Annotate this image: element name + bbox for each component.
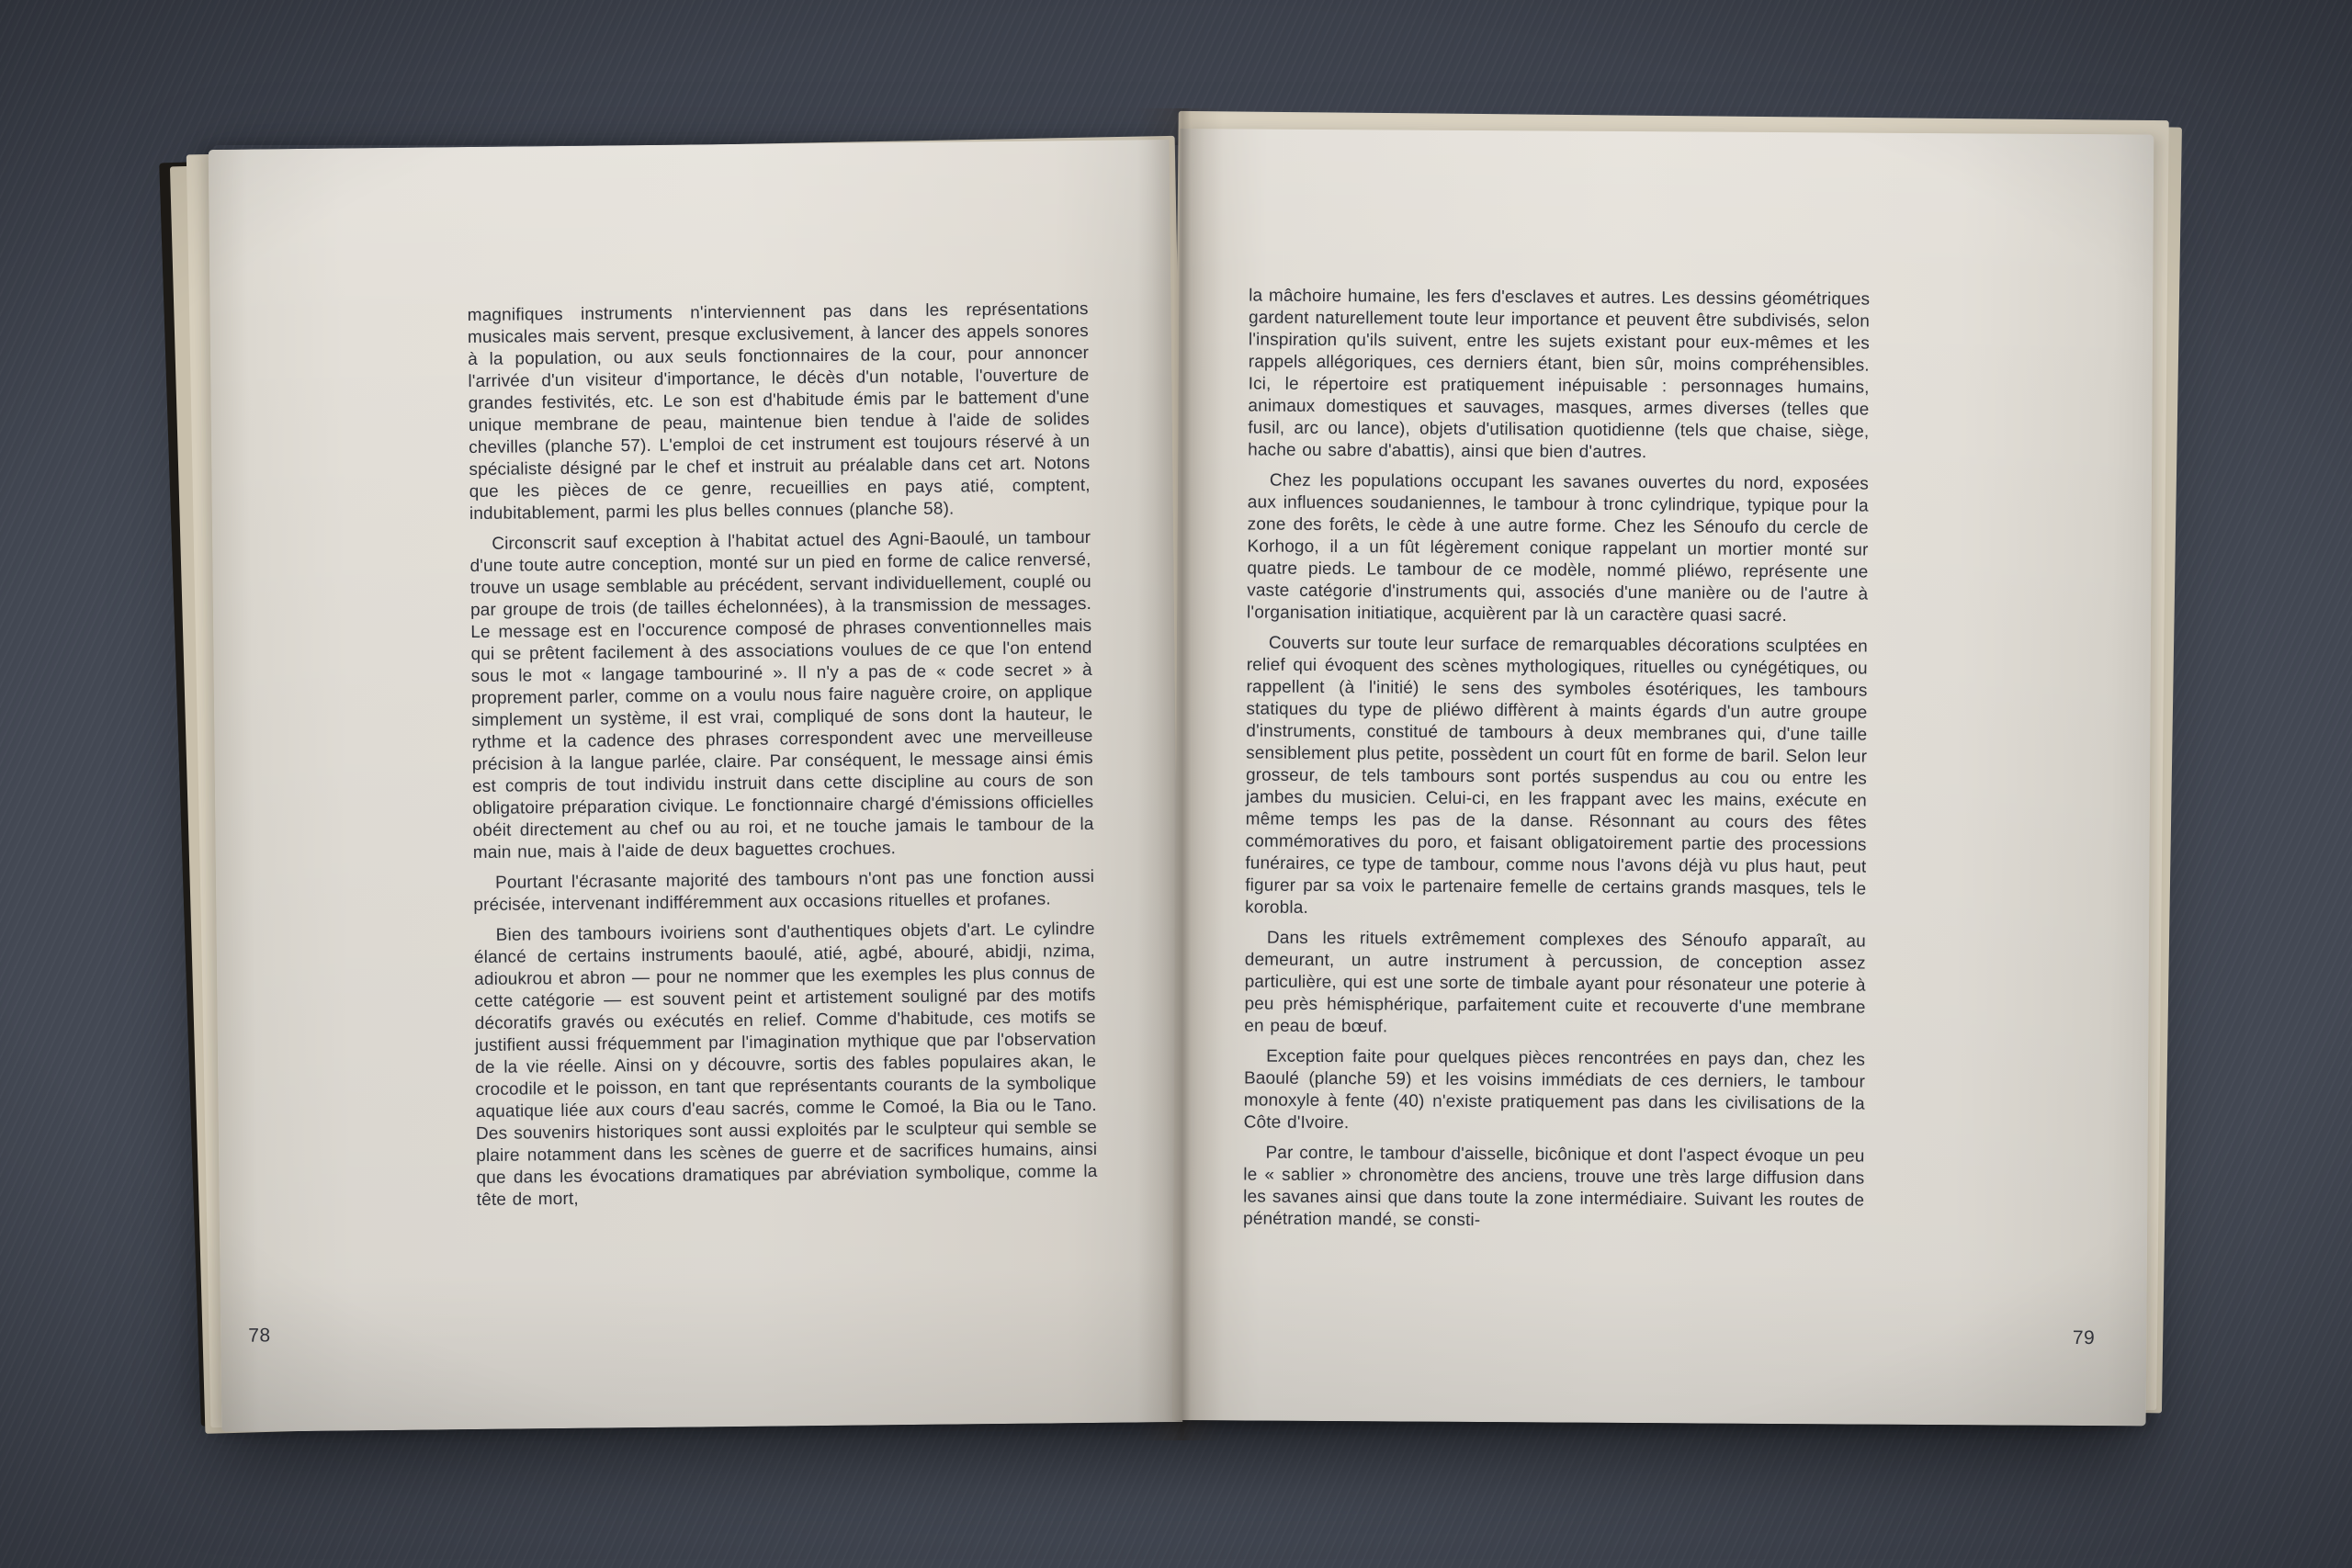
paragraph: Dans les rituels extrêmement complexes d… [1244, 927, 1866, 1041]
paragraph: Pourtant l'écrasante majorité des tambou… [473, 866, 1094, 917]
page-number: 79 [2073, 1327, 2096, 1349]
right-page-text: la mâchoire humaine, les fers d'esclaves… [1243, 285, 1870, 1242]
paragraph: la mâchoire humaine, les fers d'esclaves… [1248, 285, 1870, 465]
paragraph: Chez les populations occupant les savane… [1247, 469, 1869, 627]
open-book: magnifiques instruments n'interviennent … [184, 108, 2161, 1440]
right-page: la mâchoire humaine, les fers d'esclaves… [1172, 129, 2154, 1426]
paragraph: magnifiques instruments n'interviennent … [468, 299, 1091, 525]
page-number: 78 [248, 1325, 271, 1347]
left-page-text: magnifiques instruments n'interviennent … [468, 299, 1098, 1220]
photo-background: magnifiques instruments n'interviennent … [0, 0, 2352, 1568]
paragraph: Couverts sur toute leur surface de remar… [1245, 632, 1868, 922]
paragraph: Bien des tambours ivoiriens sont d'authe… [474, 919, 1098, 1212]
paragraph: Exception faite pour quelques pièces ren… [1244, 1045, 1866, 1137]
paragraph: Par contre, le tambour d'aisselle, bicôn… [1243, 1142, 1865, 1234]
left-page: magnifiques instruments n'interviennent … [209, 140, 1183, 1432]
paragraph: Circonscrit sauf exception à l'habitat a… [469, 527, 1094, 864]
